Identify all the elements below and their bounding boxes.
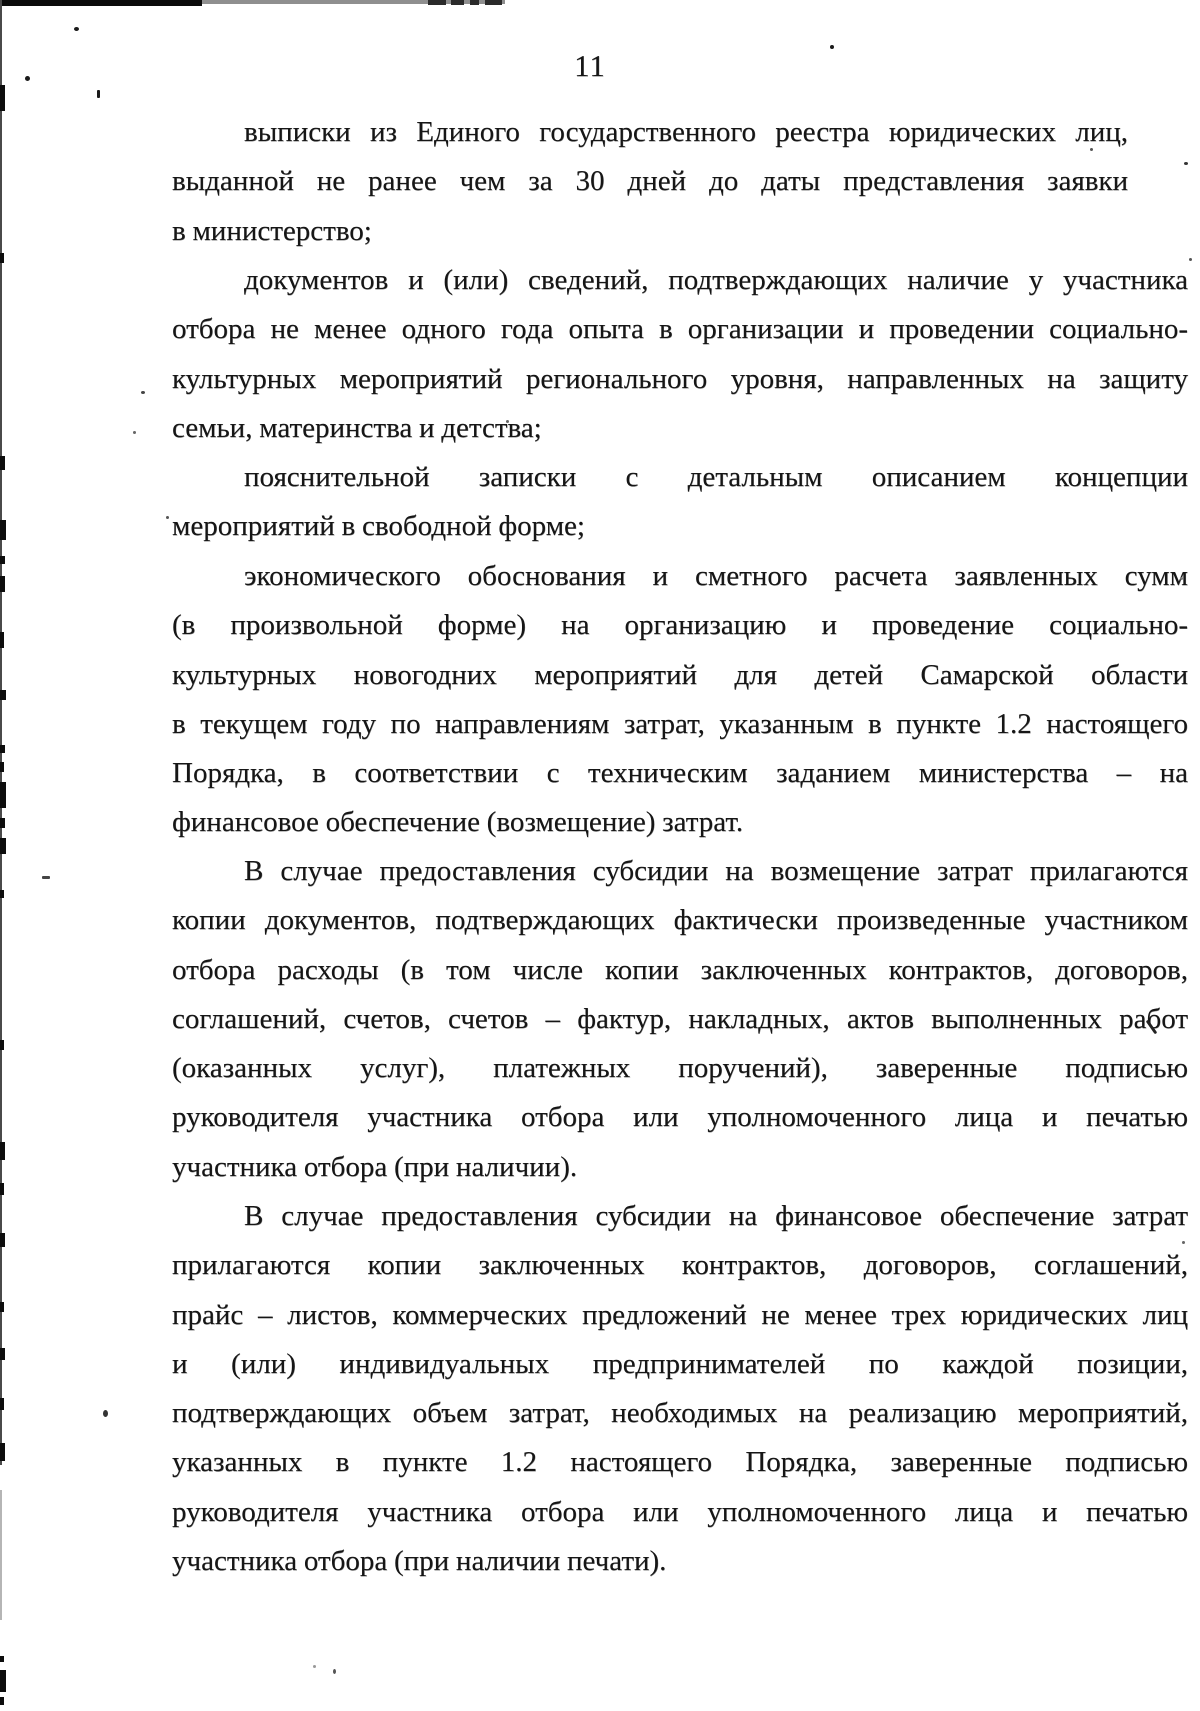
scan-edge-mark — [0, 1348, 5, 1360]
scan-edge-mark — [0, 556, 5, 564]
scan-edge-mark — [0, 1443, 5, 1461]
paragraph: пояснительной записки с детальным описан… — [172, 453, 1188, 552]
scan-edge-mark — [0, 1302, 4, 1312]
ink-speck — [313, 1665, 316, 1668]
scan-edge-mark — [0, 818, 5, 828]
scan-top-dash — [451, 0, 464, 5]
ink-speck — [74, 27, 79, 31]
ink-speck — [333, 1669, 336, 1674]
text-line: отбора не менее одного года опыта в орга… — [172, 305, 1188, 354]
scan-edge-mark — [0, 1142, 5, 1160]
text-line: мероприятий в свободной форме; — [172, 502, 1188, 551]
text-line: финансовое обеспечение (возмещение) затр… — [172, 798, 1188, 847]
scan-top-edge-shadow — [202, 0, 505, 4]
ink-speck — [166, 516, 169, 519]
scan-top-dash — [428, 0, 446, 5]
text-line: (оказанных услуг), платежных поручений),… — [172, 1044, 1188, 1093]
paragraph: В случае предоставления субсидии на возм… — [172, 847, 1188, 1192]
text-line: выписки из Единого государственного реес… — [172, 108, 1128, 157]
scan-left-edge-line — [0, 1490, 2, 1620]
text-line: руководителя участника отбора или уполно… — [172, 1093, 1188, 1142]
scan-edge-mark — [0, 1656, 4, 1662]
scan-edge-mark — [0, 890, 4, 898]
scan-edge-mark — [0, 690, 6, 700]
scan-edge-mark — [0, 762, 4, 772]
scan-top-dash — [470, 0, 479, 5]
paragraph: документов и (или) сведений, подтверждаю… — [172, 256, 1188, 453]
text-line: культурных новогодних мероприятий для де… — [172, 651, 1188, 700]
ink-speck — [42, 876, 50, 879]
paragraph: выписки из Единого государственного реес… — [172, 108, 1128, 256]
text-line: Порядка, в соответствии с техническим за… — [172, 749, 1188, 798]
text-line: отбора расходы (в том числе копии заключ… — [172, 946, 1188, 995]
scan-edge-mark — [0, 632, 4, 648]
scanned-document-page: 11 выписки из Единого государственного р… — [0, 0, 1200, 1711]
ink-speck — [133, 431, 136, 434]
text-line: и (или) индивидуальных предпринимателей … — [172, 1340, 1188, 1389]
scan-edge-mark — [0, 253, 4, 263]
text-line: семьи, материнства и детства; — [172, 404, 1188, 453]
text-line: участника отбора (при наличии). — [172, 1143, 1188, 1192]
text-line: (в произвольной форме) на организацию и … — [172, 601, 1188, 650]
text-line: прайс – листов, коммерческих предложений… — [172, 1291, 1188, 1340]
text-line: пояснительной записки с детальным описан… — [172, 453, 1188, 502]
scan-left-edge-line — [0, 0, 2, 1465]
text-line: участника отбора (при наличии печати). — [172, 1537, 1188, 1586]
scan-edge-mark — [0, 576, 5, 592]
ink-speck — [97, 90, 100, 98]
scan-edge-mark — [0, 1398, 4, 1410]
ink-speck — [830, 45, 834, 49]
scan-edge-mark — [0, 1697, 4, 1705]
ink-speck — [141, 391, 145, 394]
text-line: экономического обоснования и сметного ра… — [172, 552, 1188, 601]
text-line: прилагаются копии заключенных контрактов… — [172, 1241, 1188, 1290]
ink-speck — [1189, 258, 1192, 261]
scan-edge-mark — [0, 456, 5, 470]
text-line: культурных мероприятий регионального уро… — [172, 355, 1188, 404]
scan-top-dash — [485, 0, 502, 5]
text-line: В случае предоставления субсидии на фина… — [172, 1192, 1188, 1241]
scan-edge-mark — [0, 520, 6, 540]
ink-speck — [1184, 162, 1188, 165]
scan-edge-mark — [0, 1183, 4, 1195]
paragraph: В случае предоставления субсидии на фина… — [172, 1192, 1188, 1586]
text-line: в министерство; — [172, 207, 1128, 256]
scan-edge-mark — [0, 85, 5, 111]
text-line: документов и (или) сведений, подтверждаю… — [172, 256, 1188, 305]
text-line: в текущем году по направлениям затрат, у… — [172, 700, 1188, 749]
text-line: выданной не ранее чем за 30 дней до даты… — [172, 157, 1128, 206]
scan-edge-mark — [0, 745, 5, 753]
scan-edge-mark — [0, 1040, 4, 1050]
scan-edge-mark — [0, 838, 6, 854]
page-number: 11 — [560, 48, 620, 84]
text-line: копии документов, подтверждающих фактиче… — [172, 896, 1188, 945]
text-line: соглашений, счетов, счетов – фактур, нак… — [172, 995, 1188, 1044]
scan-edge-mark — [0, 1233, 5, 1247]
text-line: указанных в пункте 1.2 настоящего Порядк… — [172, 1438, 1188, 1487]
scan-edge-mark — [0, 1670, 6, 1692]
ink-speck — [103, 1410, 108, 1417]
scan-edge-mark — [0, 782, 6, 808]
paragraph: экономического обоснования и сметного ра… — [172, 552, 1188, 848]
text-line: подтверждающих объем затрат, необходимых… — [172, 1389, 1188, 1438]
text-line: руководителя участника отбора или уполно… — [172, 1488, 1188, 1537]
ink-speck — [25, 76, 30, 81]
scan-top-edge-streak — [0, 0, 202, 6]
text-line: В случае предоставления субсидии на возм… — [172, 847, 1188, 896]
